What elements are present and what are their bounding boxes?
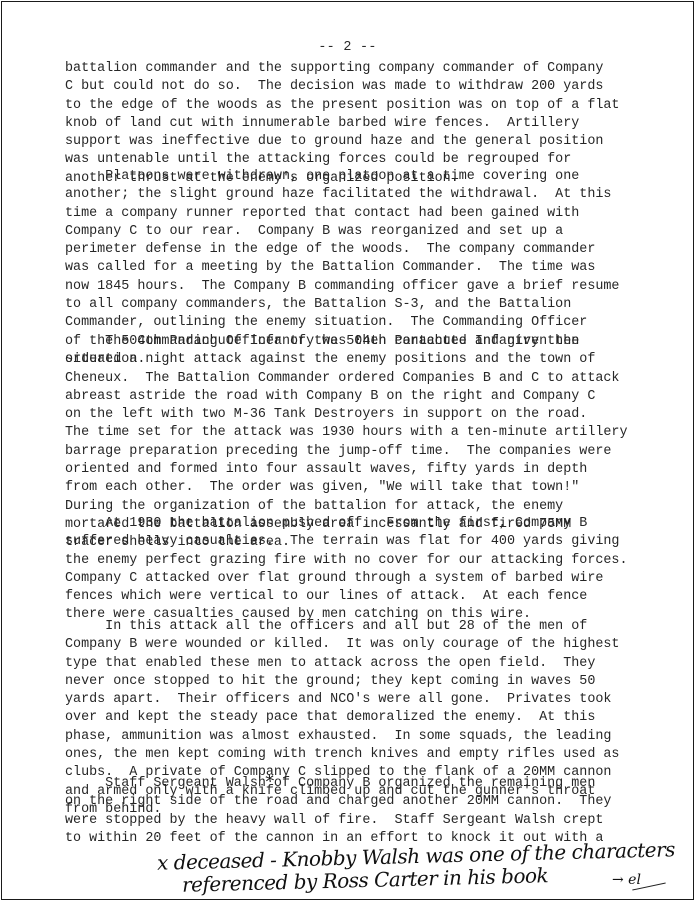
- page-number: -- 2 --: [2, 40, 693, 55]
- paragraph-staff-sergeant-walsh: Staff Sergeant Walsh of Company B organi…: [65, 775, 665, 848]
- handwritten-initials: → el: [612, 872, 641, 888]
- document-page: -- 2 -- battalion commander and the supp…: [1, 1, 694, 900]
- paragraph-battalion-pushed-off: At 1930 the battalion pushed off. From t…: [65, 515, 665, 625]
